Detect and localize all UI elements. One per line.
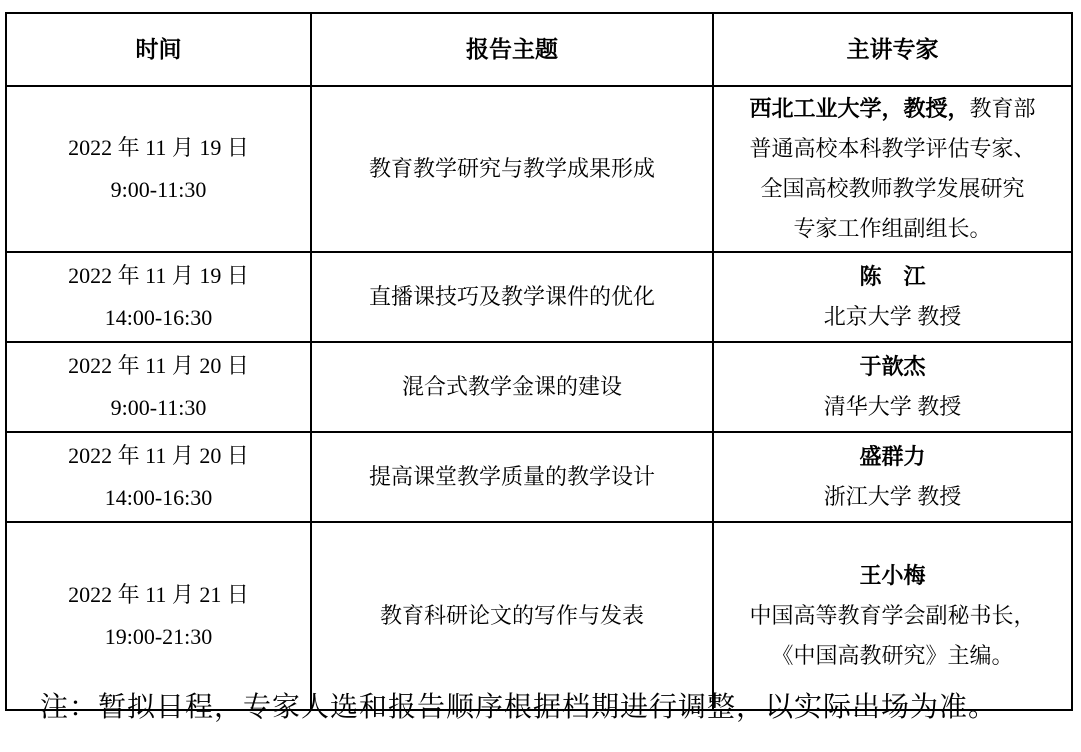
expert-affiliation-bold: 西北工业大学，教授， — [749, 96, 969, 121]
topic-cell: 混合式教学金课的建设 — [311, 342, 713, 432]
table-row: 2022 年 11 月 19 日 14:00-16:30 直播课技巧及教学课件的… — [6, 252, 1072, 342]
session-date: 2022 年 11 月 19 日 — [13, 255, 304, 297]
header-cell-expert: 主讲专家 — [713, 13, 1072, 86]
session-date: 2022 年 11 月 21 日 — [13, 574, 304, 616]
expert-cell: 陈 江 北京大学 教授 — [713, 252, 1072, 342]
session-time: 9:00-11:30 — [13, 387, 304, 429]
session-time: 9:00-11:30 — [13, 169, 304, 211]
time-cell: 2022 年 11 月 20 日 14:00-16:30 — [6, 432, 311, 522]
session-date: 2022 年 11 月 20 日 — [13, 435, 304, 477]
session-date: 2022 年 11 月 19 日 — [13, 127, 304, 169]
expert-line: 专家工作组副组长。 — [720, 209, 1065, 249]
header-cell-topic: 报告主题 — [311, 13, 713, 86]
session-time: 14:00-16:30 — [13, 297, 304, 339]
expert-name: 陈 江 — [720, 257, 1065, 297]
expert-name: 于歆杰 — [720, 347, 1065, 387]
time-cell: 2022 年 11 月 20 日 9:00-11:30 — [6, 342, 311, 432]
table-row: 2022 年 11 月 20 日 14:00-16:30 提高课堂教学质量的教学… — [6, 432, 1072, 522]
expert-cell: 王小梅 中国高等教育学会副秘书长， 《中国高教研究》主编。 — [713, 522, 1072, 710]
table-header-row: 时间 报告主题 主讲专家 — [6, 13, 1072, 86]
expert-affiliation: 《中国高教研究》主编。 — [720, 636, 1065, 676]
topic-cell: 教育教学研究与教学成果形成 — [311, 86, 713, 252]
time-cell: 2022 年 11 月 21 日 19:00-21:30 — [6, 522, 311, 710]
expert-affiliation: 清华大学 教授 — [720, 387, 1065, 427]
expert-cell: 西北工业大学，教授，教育部 普通高校本科教学评估专家、 全国高校教师教学发展研究… — [713, 86, 1072, 252]
schedule-document: 时间 报告主题 主讲专家 2022 年 11 月 19 日 9:00-11:30… — [5, 12, 1071, 711]
session-date: 2022 年 11 月 20 日 — [13, 345, 304, 387]
topic-cell: 教育科研论文的写作与发表 — [311, 522, 713, 710]
expert-cell: 于歆杰 清华大学 教授 — [713, 342, 1072, 432]
schedule-table: 时间 报告主题 主讲专家 2022 年 11 月 19 日 9:00-11:30… — [5, 12, 1073, 711]
table-row: 2022 年 11 月 21 日 19:00-21:30 教育科研论文的写作与发… — [6, 522, 1072, 710]
session-time: 19:00-21:30 — [13, 616, 304, 658]
table-row: 2022 年 11 月 20 日 9:00-11:30 混合式教学金课的建设 于… — [6, 342, 1072, 432]
expert-line: 全国高校教师教学发展研究 — [720, 169, 1065, 209]
expert-line: 西北工业大学，教授，教育部 — [720, 89, 1065, 129]
expert-affiliation: 中国高等教育学会副秘书长， — [720, 596, 1065, 636]
topic-cell: 提高课堂教学质量的教学设计 — [311, 432, 713, 522]
expert-name: 盛群力 — [720, 437, 1065, 477]
topic-cell: 直播课技巧及教学课件的优化 — [311, 252, 713, 342]
expert-affiliation: 北京大学 教授 — [720, 297, 1065, 337]
time-cell: 2022 年 11 月 19 日 14:00-16:30 — [6, 252, 311, 342]
session-time: 14:00-16:30 — [13, 477, 304, 519]
table-row: 2022 年 11 月 19 日 9:00-11:30 教育教学研究与教学成果形… — [6, 86, 1072, 252]
expert-affiliation: 浙江大学 教授 — [720, 477, 1065, 517]
time-cell: 2022 年 11 月 19 日 9:00-11:30 — [6, 86, 311, 252]
expert-cell: 盛群力 浙江大学 教授 — [713, 432, 1072, 522]
header-cell-time: 时间 — [6, 13, 311, 86]
expert-name: 王小梅 — [720, 556, 1065, 596]
expert-title-rest: 教育部 — [970, 96, 1036, 121]
footnote: 注：暂拟日程，专家人选和报告顺序根据档期进行调整，以实际出场为准。 — [40, 688, 1060, 728]
expert-line: 普通高校本科教学评估专家、 — [720, 129, 1065, 169]
